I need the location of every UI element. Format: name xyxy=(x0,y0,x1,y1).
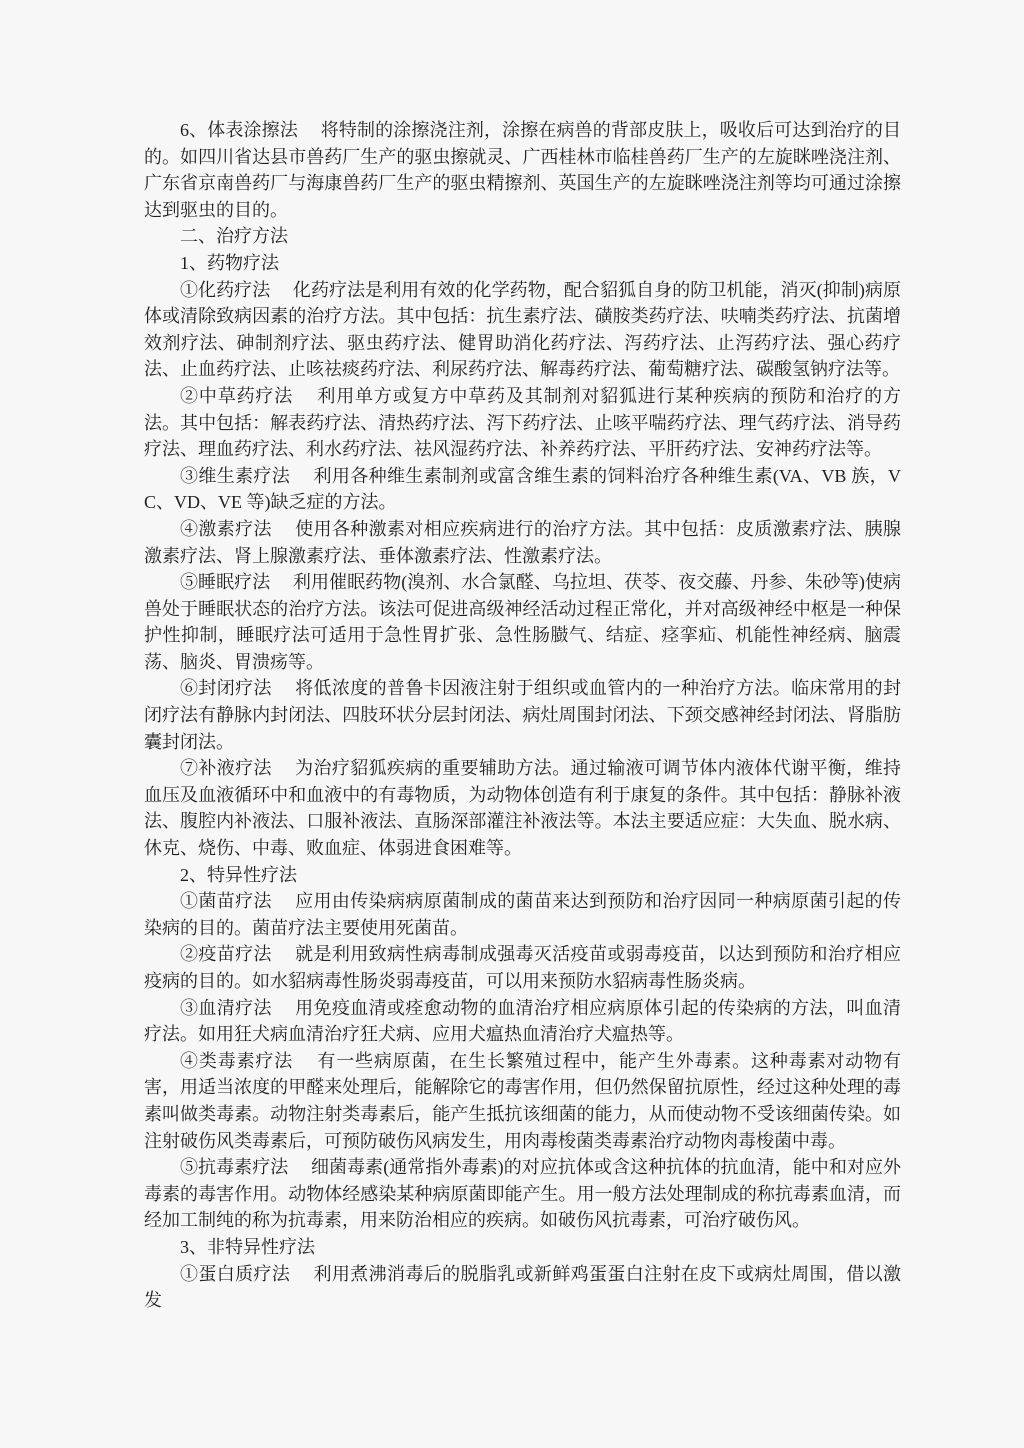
para-serum-therapy: ③血清疗法 用免疫血清或痊愈动物的血清治疗相应病原体引起的传染病的方法，叫血清疗… xyxy=(144,995,901,1048)
para-antitoxin-therapy: ⑤抗毒素疗法 细菌毒素(通常指外毒素)的对应抗体或含这种抗体的抗血清，能中和对应… xyxy=(144,1154,901,1234)
para-protein-therapy: ①蛋白质疗法 利用煮沸消毒后的脱脂乳或新鲜鸡蛋蛋白注射在皮下或病灶周围，借以激发 xyxy=(144,1261,901,1314)
heading-nonspecific-therapy: 3、非特异性疗法 xyxy=(144,1234,901,1261)
para-vaccine-therapy: ②疫苗疗法 就是利用致病性病毒制成强毒灭活疫苗或弱毒疫苗，以达到预防和治疗相应疫… xyxy=(144,941,901,994)
para-vitamin-therapy: ③维生素疗法 利用各种维生素制剂或富含维生素的饲料治疗各种维生素(VA、VB 族… xyxy=(144,463,901,516)
para-fluid-replacement-therapy: ⑦补液疗法 为治疗貂狐疾病的重要辅助方法。通过输液可调节体内液体代谢平衡，维持血… xyxy=(144,755,901,861)
heading-section-two-treatment-methods: 二、治疗方法 xyxy=(144,223,901,250)
para-herbal-medicine-therapy: ②中草药疗法 利用单方或复方中草药及其制剂对貂狐进行某种疾病的预防和治疗的方法。… xyxy=(144,383,901,463)
document-body: 6、体表涂擦法 将特制的涂擦浇注剂，涂擦在病兽的背部皮肤上，吸收后可达到治疗的目… xyxy=(144,117,901,1314)
para-hormone-therapy: ④激素疗法 使用各种激素对相应疾病进行的治疗方法。其中包括：皮质激素疗法、胰腺激… xyxy=(144,516,901,569)
para-bacterin-therapy: ①菌苗疗法 应用由传染病病原菌制成的菌苗来达到预防和治疗因同一种病原菌引起的传染… xyxy=(144,888,901,941)
para-sleep-therapy: ⑤睡眠疗法 利用催眠药物(溴剂、水合氯醛、乌拉坦、茯苓、夜交藤、丹参、朱砂等)使… xyxy=(144,569,901,675)
para-blockade-therapy: ⑥封闭疗法 将低浓度的普鲁卡因液注射于组织或血管内的一种治疗方法。临床常用的封闭… xyxy=(144,675,901,755)
heading-specific-therapy: 2、特异性疗法 xyxy=(144,862,901,889)
para-toxoid-therapy: ④类毒素疗法 有一些病原菌，在生长繁殖过程中，能产生外毒素。这种毒素对动物有害，… xyxy=(144,1048,901,1154)
para-body-surface-rub-method: 6、体表涂擦法 将特制的涂擦浇注剂，涂擦在病兽的背部皮肤上，吸收后可达到治疗的目… xyxy=(144,117,901,223)
document-page: 6、体表涂擦法 将特制的涂擦浇注剂，涂擦在病兽的背部皮肤上，吸收后可达到治疗的目… xyxy=(0,0,1024,1448)
para-chemical-drug-therapy: ①化药疗法 化药疗法是利用有效的化学药物，配合貂狐自身的防卫机能，消灭(抑制)病… xyxy=(144,277,901,383)
heading-drug-therapy: 1、药物疗法 xyxy=(144,250,901,277)
